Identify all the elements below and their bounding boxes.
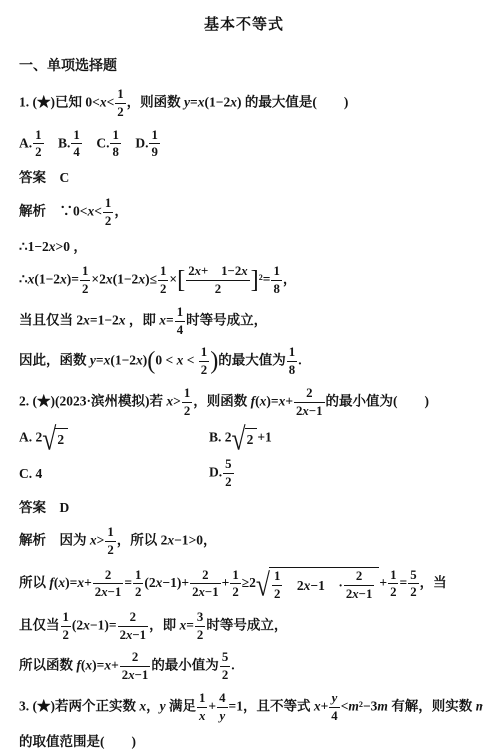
text-run: ，则函数 [127, 94, 184, 109]
text-run: C. 4 [19, 466, 42, 481]
text-run: 满足 [166, 698, 196, 713]
question-1-solution-line-4: 当且仅当 2x=1−2x ，即 x=14时等号成立， [19, 306, 469, 337]
fraction: 18 [271, 265, 281, 296]
text-run: 时等号成立， [186, 312, 267, 327]
math-run: m [476, 698, 483, 713]
text-run: × [91, 271, 99, 286]
question-3-stem-line-2: 的取值范围是( ) [19, 733, 469, 751]
text-run: + [379, 575, 387, 590]
math-run: (2x−1) [72, 617, 109, 632]
text-run: B. 2 [209, 429, 232, 444]
fraction: 14 [71, 129, 81, 160]
math-run: 2x(1−2x) [99, 271, 149, 286]
fraction: 22x−1 [344, 570, 375, 601]
text-run: > [97, 533, 105, 548]
math-run: 1−2x [28, 239, 56, 254]
text-run: = [71, 271, 79, 286]
text-run: D. [122, 135, 149, 150]
math-run: x [159, 312, 166, 327]
text-run: > [173, 393, 181, 408]
fraction: 12 [199, 346, 209, 377]
question-2-option-b: B. 2√2+1 [209, 428, 469, 449]
math-run: x(1−2x) [28, 271, 72, 286]
math-run: 2x−1 [297, 577, 325, 595]
text-run: D. [209, 465, 222, 480]
fraction: 32 [195, 611, 205, 642]
text-run: 所以函数 [19, 658, 76, 673]
question-2-option-a: A. 2√2 [19, 428, 209, 449]
fraction: 1x [197, 692, 207, 723]
text-run: ，当 [420, 575, 447, 590]
text-run: B. [45, 135, 71, 150]
square-root: √12 2x−1 ·22x−1 [256, 567, 379, 601]
text-run: >0， [189, 533, 217, 548]
fraction: 14 [175, 306, 185, 337]
fraction: y4 [329, 692, 339, 723]
text-run: ∴ [19, 271, 28, 286]
question-2-solution-line-1: 解析 因为 x>12，所以 2x−1>0， [19, 526, 469, 557]
page-title: 基本不等式 [19, 13, 469, 34]
question-1-answer: 答案 C [19, 169, 469, 187]
text-run: + [222, 575, 230, 590]
text-run: ≤ [150, 271, 157, 286]
text-run: A. 2 [19, 429, 42, 444]
text-run: ，则函数 [193, 393, 250, 408]
question-1-stem: 1. (★)已知 0<x<12，则函数 y=x(1−2x) 的最大值是( ) [19, 88, 469, 119]
text-run: . [298, 353, 301, 368]
text-run: ，即 [149, 617, 179, 632]
text-run: + [321, 698, 329, 713]
fraction: 18 [110, 129, 120, 160]
radical-icon: √ [232, 428, 246, 450]
square-root: √2 [232, 428, 258, 449]
math-run: x [90, 533, 97, 548]
question-2-stem: 2. (★)(2023·滨州模拟)若 x>12，则函数 f(x)=x+22x−1… [19, 387, 469, 418]
math-run: 2x=1−2x [76, 312, 125, 327]
math-run: f(x)=x [49, 575, 84, 590]
fraction: 52 [408, 569, 418, 600]
fraction: 12 [115, 88, 125, 119]
text-run: ， [283, 271, 297, 286]
question-3-stem-line-1: 3. (★)若两个正实数 x，y 满足1x+4y=1，且不等式 x+y4<m²−… [19, 692, 469, 723]
text-run: ²= [259, 271, 271, 286]
question-2-solution-line-4: 所以函数 f(x)=x+22x−1的最小值为52. [19, 651, 469, 682]
text-run: 2 [57, 431, 64, 449]
fraction: 12 [158, 265, 168, 296]
fraction: 12 [105, 526, 115, 557]
text-run: 解析 因为 [19, 533, 90, 548]
math-run: m [348, 698, 359, 713]
question-1-solution-line-2: ∴1−2x>0 ， [19, 238, 469, 256]
text-run: C. [83, 135, 110, 150]
text-run: +1 [257, 429, 271, 444]
text-run: + [181, 575, 189, 590]
radical-icon: √ [256, 574, 270, 596]
text-run: = [186, 617, 194, 632]
math-run: x [100, 94, 107, 109]
text-run: = [109, 617, 117, 632]
math-run: f(x)=x [251, 393, 286, 408]
fraction: 22x−1 [118, 611, 149, 642]
text-run: 3. (★)若两个正实数 [19, 698, 139, 713]
math-run: x [314, 698, 321, 713]
text-run: ≥2 [242, 575, 256, 590]
math-run: y=x(1−2x) [90, 353, 147, 368]
text-run: 的最小值为( ) [326, 393, 430, 408]
text-run: =1，且不等式 [229, 698, 314, 713]
fraction: 12 [272, 570, 282, 601]
fraction: 22x−1 [120, 651, 151, 682]
big-delimiter: ( [147, 351, 155, 373]
math-run: y=x(1−2x) [184, 94, 241, 109]
text-run: + [111, 658, 119, 673]
math-run: 2x−1 [161, 533, 189, 548]
math-run: m [377, 698, 388, 713]
fraction: 12 [33, 129, 43, 160]
text-run: 2. (★)(2023·滨州模拟)若 [19, 393, 166, 408]
text-run: 且仅当 [19, 617, 60, 632]
text-run: + [285, 393, 293, 408]
worksheet-page: 基本不等式 一、单项选择题 1. (★)已知 0<x<12，则函数 y=x(1−… [0, 0, 483, 750]
text-run: ，所以 [117, 533, 161, 548]
text-run: . [231, 658, 234, 673]
fraction: 12 [103, 197, 113, 228]
question-2-options-row-2: C. 4 D.52 [19, 458, 469, 489]
fraction: 12 [133, 569, 143, 600]
text-run [283, 577, 297, 595]
fraction: 22x−1 [190, 569, 221, 600]
text-run: ，即 [126, 312, 160, 327]
text-run: 的最大值是( ) [241, 94, 348, 109]
math-run: f(x)=x [76, 658, 111, 673]
fraction: 18 [287, 346, 297, 377]
text-run: 所以 [19, 575, 49, 590]
square-root: √2 [42, 428, 68, 449]
big-delimiter: [ [177, 270, 185, 292]
question-2-option-d: D.52 [209, 458, 469, 489]
question-2-options-row-1: A. 2√2 B. 2√2+1 [19, 428, 469, 449]
fraction: 12 [182, 387, 192, 418]
text-run: + [208, 698, 216, 713]
fraction: 12 [388, 569, 398, 600]
text-run: 解析 ∵0< [19, 203, 87, 218]
text-run: 的取值范围是( ) [19, 734, 136, 749]
text-run: + [84, 575, 92, 590]
math-run: (2x−1) [144, 575, 181, 590]
text-run: < [107, 94, 115, 109]
text-run: < [94, 203, 102, 218]
text-run: ²−3 [359, 698, 378, 713]
fraction: 19 [149, 129, 159, 160]
section-heading: 一、单项选择题 [19, 55, 469, 75]
text-run: 的最小值为 [151, 658, 219, 673]
text-run: A. [19, 135, 32, 150]
question-1-options: A.12 B.14 C.18 D.19 [19, 129, 469, 160]
fraction: 12 [230, 569, 240, 600]
text-run: 时等号成立， [206, 617, 287, 632]
question-1-solution-line-5: 因此，函数 y=x(1−2x)(0 < x < 12)的最大值为18. [19, 346, 469, 377]
text-run: 因此，函数 [19, 353, 90, 368]
text-run: 有解，则实数 [388, 698, 476, 713]
text-run: ， [114, 203, 128, 218]
question-2-answer: 答案 D [19, 499, 469, 517]
fraction: 4y [217, 692, 227, 723]
text-run: 1. (★)已知 0< [19, 94, 100, 109]
text-run: × [169, 271, 177, 286]
text-run: 当且仅当 [19, 312, 76, 327]
question-2-solution-line-3: 且仅当12(2x−1)=22x−1，即 x=32时等号成立， [19, 611, 469, 642]
text-run: ， [146, 698, 160, 713]
text-run: = [124, 575, 132, 590]
text-run: = [166, 312, 174, 327]
math-run: 0 < x < [155, 353, 197, 368]
fraction: 22x−1 [294, 387, 325, 418]
big-delimiter: ) [210, 351, 218, 373]
text-run: 2 [247, 431, 254, 449]
fraction: 52 [223, 458, 233, 489]
fraction: 2x+ 1−2x2 [186, 265, 249, 296]
radical-icon: √ [42, 428, 56, 450]
fraction: 52 [220, 651, 230, 682]
big-delimiter: ] [251, 270, 259, 292]
fraction: 22x−1 [93, 569, 124, 600]
fraction: 12 [80, 265, 90, 296]
question-1-solution-line-1: 解析 ∵0<x<12， [19, 197, 469, 228]
text-run: >0 ， [56, 239, 87, 254]
text-run: ∴ [19, 239, 28, 254]
fraction: 12 [61, 611, 71, 642]
text-run: 的最大值为 [218, 353, 286, 368]
text-run: · [325, 577, 343, 595]
question-2-solution-line-2: 所以 f(x)=x+22x−1=12(2x−1)+22x−1+12≥2√12 2… [19, 567, 469, 601]
text-run: = [399, 575, 407, 590]
question-1-solution-line-3: ∴x(1−2x)=12×2x(1−2x)≤12×[2x+ 1−2x2]²=18， [19, 265, 469, 296]
question-2-option-c: C. 4 [19, 465, 209, 483]
